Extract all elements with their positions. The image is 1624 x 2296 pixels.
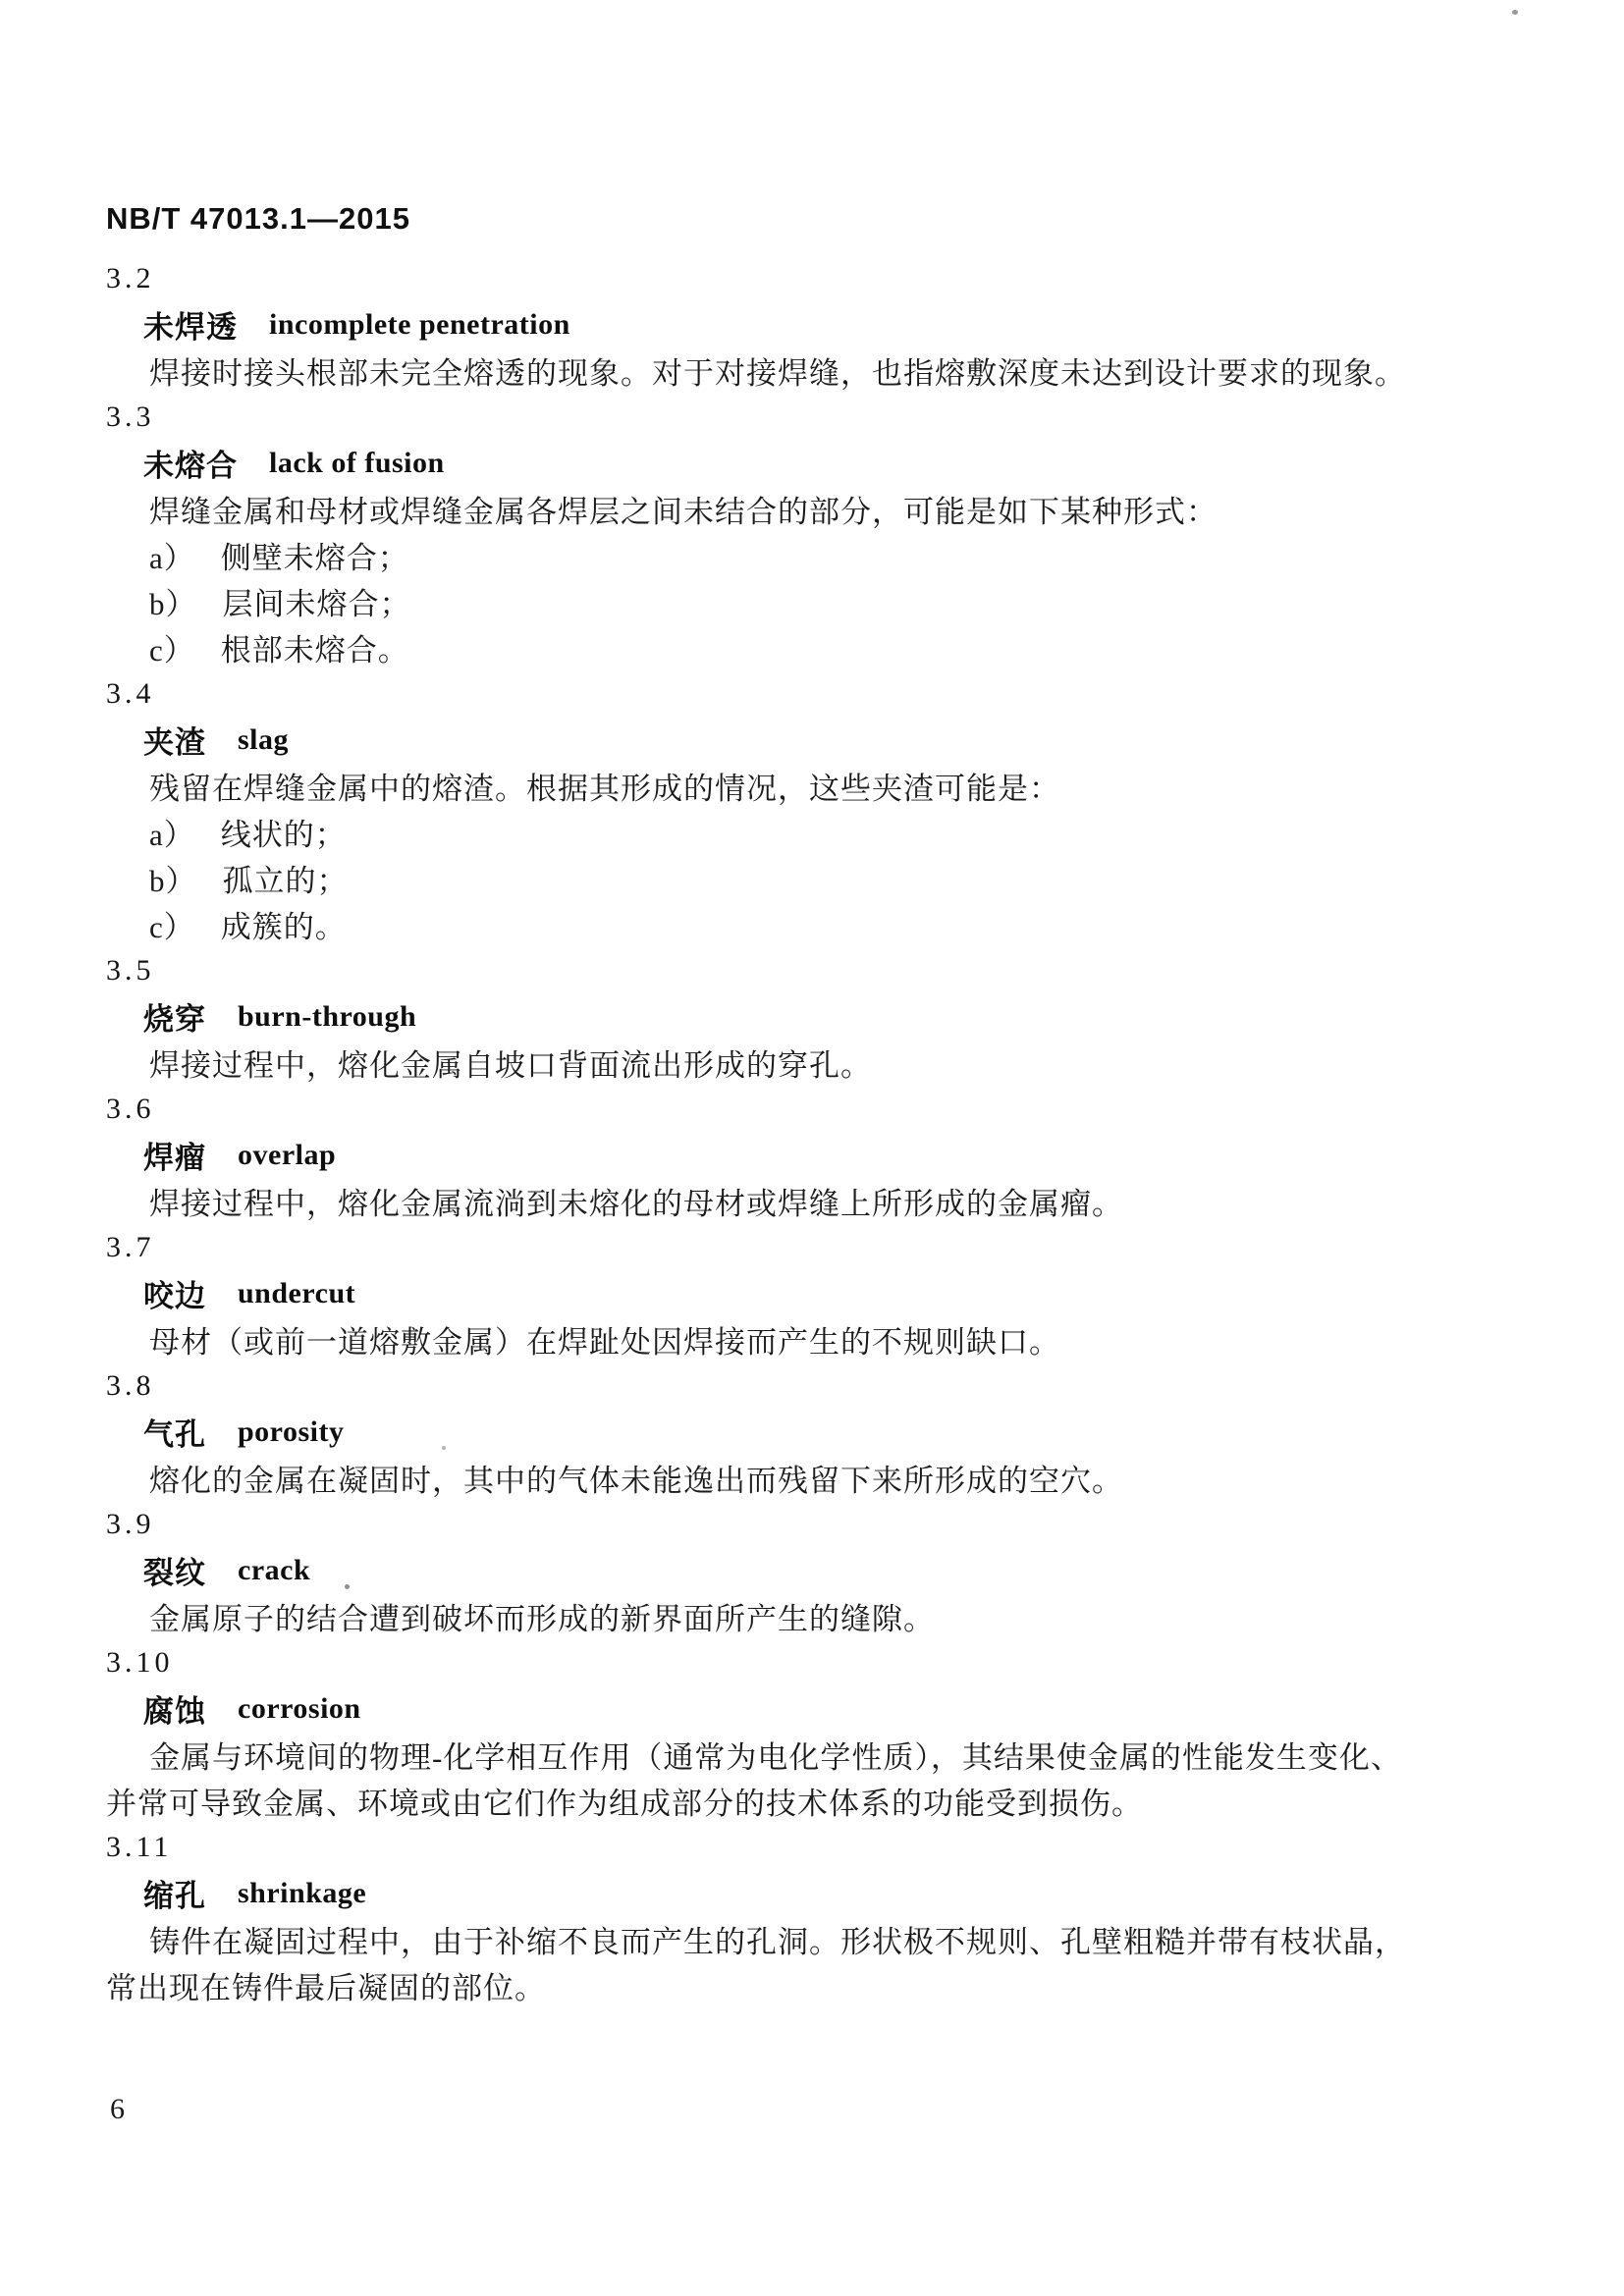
list-item-text: 层间未熔合； <box>223 579 411 623</box>
list-item-text: 侧壁未熔合； <box>221 533 409 577</box>
page-number: 6 <box>110 2093 125 2126</box>
term-line: 腐蚀corrosion <box>106 1685 1540 1732</box>
standard-code-header: NB/T 47013.1—2015 <box>106 195 1540 241</box>
section-number: 3.3 <box>106 394 1540 440</box>
list-item-label: c） <box>149 625 195 669</box>
definition-line: 并常可导致金属、环境或由它们作为组成部分的技术体系的功能受到损伤。 <box>106 1778 1540 1824</box>
term-line: 气孔porosity <box>106 1409 1540 1455</box>
definition-line: 残留在焊缝金属中的熔渣。根据其形成的情况，这些夹渣可能是： <box>106 763 1540 809</box>
term-english: shrinkage <box>238 1877 366 1910</box>
list-item-label: b） <box>149 579 197 623</box>
term-section: 3.2未焊透incomplete penetration焊接时接头根部未完全熔透… <box>106 255 1540 394</box>
term-line: 未熔合lack of fusion <box>106 440 1540 486</box>
term-chinese: 焊瘤 <box>143 1133 206 1177</box>
list-item-label: a） <box>149 533 195 577</box>
list-item: a）线状的； <box>106 809 1540 855</box>
term-chinese: 气孔 <box>143 1410 206 1454</box>
definition-line: 金属与环境间的物理-化学相互作用（通常为电化学性质），其结果使金属的性能发生变化… <box>106 1732 1540 1778</box>
section-number: 3.5 <box>106 947 1540 993</box>
term-chinese: 夹渣 <box>143 718 206 762</box>
section-number: 3.9 <box>106 1501 1540 1547</box>
term-chinese: 烧穿 <box>143 994 206 1039</box>
section-number: 3.7 <box>106 1224 1540 1270</box>
term-section: 3.3未熔合lack of fusion焊缝金属和母材或焊缝金属各焊层之间未结合… <box>106 394 1540 670</box>
term-section: 3.6焊瘤overlap焊接过程中，熔化金属流淌到未熔化的母材或焊缝上所形成的金… <box>106 1086 1540 1224</box>
term-section: 3.4夹渣slag残留在焊缝金属中的熔渣。根据其形成的情况，这些夹渣可能是：a）… <box>106 670 1540 947</box>
section-number: 3.2 <box>106 255 1540 301</box>
term-line: 未焊透incomplete penetration <box>106 301 1540 347</box>
term-english: burn-through <box>238 1000 416 1034</box>
section-number: 3.4 <box>106 670 1540 717</box>
definition-line: 金属原子的结合遭到破坏而形成的新界面所产生的缝隙。 <box>106 1593 1540 1639</box>
definition-line: 焊接过程中，熔化金属流淌到未熔化的母材或焊缝上所形成的金属瘤。 <box>106 1178 1540 1224</box>
definition-line: 铸件在凝固过程中，由于补缩不良而产生的孔洞。形状极不规则、孔壁粗糙并带有枝状晶， <box>106 1916 1540 1962</box>
term-line: 烧穿burn-through <box>106 993 1540 1040</box>
scan-artifact-dot <box>442 1446 446 1450</box>
document-page: NB/T 47013.1—2015 3.2未焊透incomplete penet… <box>106 195 1540 2008</box>
list-item-text: 根部未熔合。 <box>221 625 409 669</box>
definition-line: 常出现在铸件最后凝固的部位。 <box>106 1962 1540 2008</box>
term-chinese: 未焊透 <box>143 302 238 347</box>
term-section: 3.7咬边undercut母材（或前一道熔敷金属）在焊趾处因焊接而产生的不规则缺… <box>106 1224 1540 1362</box>
list-item-text: 线状的； <box>221 810 347 854</box>
list-item: c）成簇的。 <box>106 901 1540 947</box>
definition-line: 焊缝金属和母材或焊缝金属各焊层之间未结合的部分，可能是如下某种形式： <box>106 486 1540 532</box>
definition-line: 焊接过程中，熔化金属自坡口背面流出形成的穿孔。 <box>106 1040 1540 1086</box>
list-item: b）孤立的； <box>106 855 1540 901</box>
definition-line: 熔化的金属在凝固时，其中的气体未能逸出而残留下来所形成的空穴。 <box>106 1455 1540 1501</box>
term-english: corrosion <box>238 1692 361 1726</box>
list-item-label: a） <box>149 810 195 854</box>
term-english: crack <box>238 1554 310 1587</box>
term-line: 咬边undercut <box>106 1270 1540 1316</box>
term-english: incomplete penetration <box>269 308 570 342</box>
list-item-label: b） <box>149 856 197 900</box>
list-item: b）层间未熔合； <box>106 578 1540 624</box>
terms-and-definitions: 3.2未焊透incomplete penetration焊接时接头根部未完全熔透… <box>106 255 1540 2008</box>
term-chinese: 未熔合 <box>143 441 238 485</box>
term-section: 3.10腐蚀corrosion金属与环境间的物理-化学相互作用（通常为电化学性质… <box>106 1639 1540 1824</box>
scan-artifact-dot <box>345 1584 350 1589</box>
term-line: 夹渣slag <box>106 717 1540 763</box>
term-section: 3.11缩孔shrinkage铸件在凝固过程中，由于补缩不良而产生的孔洞。形状极… <box>106 1824 1540 2008</box>
term-english: porosity <box>238 1415 344 1449</box>
list-item-text: 孤立的； <box>223 856 349 900</box>
section-number: 3.11 <box>106 1824 1540 1870</box>
list-item: a）侧壁未熔合； <box>106 532 1540 578</box>
term-english: overlap <box>238 1139 336 1172</box>
section-number: 3.10 <box>106 1639 1540 1685</box>
term-line: 焊瘤overlap <box>106 1132 1540 1178</box>
term-chinese: 裂纹 <box>143 1548 206 1592</box>
definition-line: 焊接时接头根部未完全熔透的现象。对于对接焊缝，也指熔敷深度未达到设计要求的现象。 <box>106 347 1540 394</box>
section-number: 3.8 <box>106 1362 1540 1409</box>
term-english: lack of fusion <box>269 447 445 480</box>
term-section: 3.8气孔porosity熔化的金属在凝固时，其中的气体未能逸出而残留下来所形成… <box>106 1362 1540 1501</box>
term-section: 3.9裂纹crack金属原子的结合遭到破坏而形成的新界面所产生的缝隙。 <box>106 1501 1540 1639</box>
scan-artifact-dot <box>1512 10 1518 15</box>
term-english: undercut <box>238 1277 355 1310</box>
section-number: 3.6 <box>106 1086 1540 1132</box>
definition-line: 母材（或前一道熔敷金属）在焊趾处因焊接而产生的不规则缺口。 <box>106 1316 1540 1362</box>
term-english: slag <box>238 723 289 757</box>
term-line: 缩孔shrinkage <box>106 1870 1540 1916</box>
term-chinese: 咬边 <box>143 1271 206 1315</box>
term-chinese: 腐蚀 <box>143 1686 206 1731</box>
term-section: 3.5烧穿burn-through焊接过程中，熔化金属自坡口背面流出形成的穿孔。 <box>106 947 1540 1086</box>
list-item: c）根部未熔合。 <box>106 624 1540 670</box>
term-chinese: 缩孔 <box>143 1871 206 1915</box>
list-item-text: 成簇的。 <box>221 902 347 946</box>
list-item-label: c） <box>149 902 195 946</box>
term-line: 裂纹crack <box>106 1547 1540 1593</box>
